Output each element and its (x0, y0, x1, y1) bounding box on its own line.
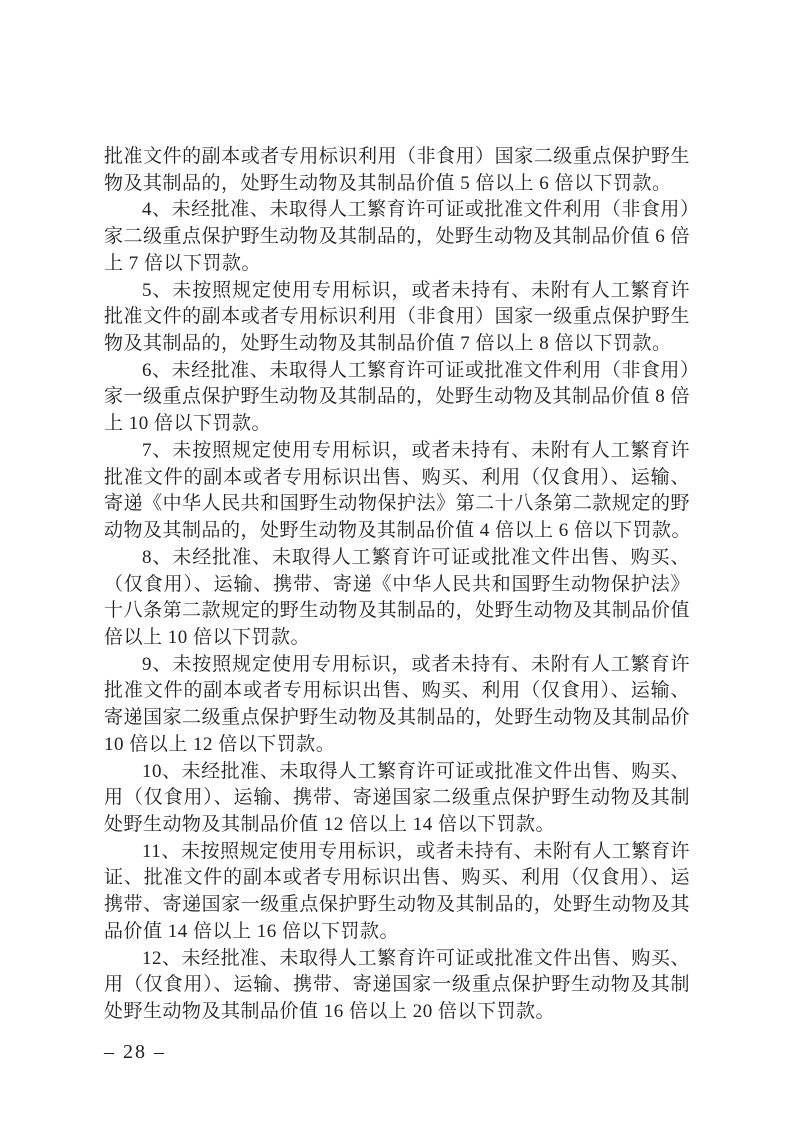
text-line: 倍以上 10 倍以下罚款。 (104, 625, 690, 652)
document-body: 批准文件的副本或者专用标识利用（非食用）国家二级重点保护野生动物及其制品的，处野… (104, 144, 690, 1026)
text-line: 7、未按照规定使用专用标识，或者未持有、未附有人工繁育许可证、 (104, 438, 690, 465)
paragraph: 5、未按照规定使用专用标识，或者未持有、未附有人工繁育许可证、批准文件的副本或者… (104, 278, 690, 358)
paragraph: 11、未按照规定使用专用标识，或者未持有、未附有人工繁育许可证、批准文件的副本或… (104, 839, 690, 946)
text-line: 上 7 倍以下罚款。 (104, 251, 690, 278)
paragraph: 9、未按照规定使用专用标识，或者未持有、未附有人工繁育许可证、批准文件的副本或者… (104, 652, 690, 759)
text-line: 12、未经批准、未取得人工繁育许可证或批准文件出售、购买、利 (104, 946, 690, 973)
text-line: 品价值 14 倍以上 16 倍以下罚款。 (104, 919, 690, 946)
text-line: 物及其制品的，处野生动物及其制品价值 5 倍以上 6 倍以下罚款。 (104, 171, 690, 198)
paragraph: 12、未经批准、未取得人工繁育许可证或批准文件出售、购买、利用（仅食用）、运输、… (104, 946, 690, 1026)
paragraph: 10、未经批准、未取得人工繁育许可证或批准文件出售、购买、利用（仅食用）、运输、… (104, 759, 690, 839)
text-line: 批准文件的副本或者专用标识出售、购买、利用（仅食用）、运输、携带、 (104, 678, 690, 705)
text-line: 证、批准文件的副本或者专用标识出售、购买、利用（仅食用）、运输、 (104, 865, 690, 892)
text-line: 处野生动物及其制品价值 12 倍以上 14 倍以下罚款。 (104, 812, 690, 839)
text-line: 上 10 倍以下罚款。 (104, 411, 690, 438)
text-line: 动物及其制品的，处野生动物及其制品价值 4 倍以上 6 倍以下罚款。 (104, 518, 690, 545)
text-line: 5、未按照规定使用专用标识，或者未持有、未附有人工繁育许可证、 (104, 278, 690, 305)
document-page: 批准文件的副本或者专用标识利用（非食用）国家二级重点保护野生动物及其制品的，处野… (0, 0, 793, 1122)
paragraph: 6、未经批准、未取得人工繁育许可证或批准文件利用（非食用）国家一级重点保护野生动… (104, 358, 690, 438)
text-line: 批准文件的副本或者专用标识出售、购买、利用（仅食用）、运输、携带、 (104, 465, 690, 492)
text-line: 用（仅食用）、运输、携带、寄递国家二级重点保护野生动物及其制品的， (104, 785, 690, 812)
text-line: 寄递国家二级重点保护野生动物及其制品的，处野生动物及其制品价值 (104, 705, 690, 732)
text-line: 寄递《中华人民共和国野生动物保护法》第二十八条第二款规定的野生 (104, 491, 690, 518)
text-line: 8、未经批准、未取得人工繁育许可证或批准文件出售、购买、利用 (104, 545, 690, 572)
text-line: 批准文件的副本或者专用标识利用（非食用）国家二级重点保护野生动 (104, 144, 690, 171)
text-line: 家二级重点保护野生动物及其制品的，处野生动物及其制品价值 6 倍以 (104, 224, 690, 251)
text-line: 10、未经批准、未取得人工繁育许可证或批准文件出售、购买、利 (104, 759, 690, 786)
text-line: 家一级重点保护野生动物及其制品的，处野生动物及其制品价值 8 倍以 (104, 384, 690, 411)
paragraph: 批准文件的副本或者专用标识利用（非食用）国家二级重点保护野生动物及其制品的，处野… (104, 144, 690, 197)
text-line: 11、未按照规定使用专用标识，或者未持有、未附有人工繁育许可 (104, 839, 690, 866)
text-line: 4、未经批准、未取得人工繁育许可证或批准文件利用（非食用）国 (104, 197, 690, 224)
text-line: 批准文件的副本或者专用标识利用（非食用）国家一级重点保护野生动 (104, 304, 690, 331)
text-line: 处野生动物及其制品价值 16 倍以上 20 倍以下罚款。 (104, 999, 690, 1026)
text-line: 9、未按照规定使用专用标识，或者未持有、未附有人工繁育许可证、 (104, 652, 690, 679)
text-line: 用（仅食用）、运输、携带、寄递国家一级重点保护野生动物及其制品的， (104, 972, 690, 999)
text-line: 携带、寄递国家一级重点保护野生动物及其制品的，处野生动物及其制 (104, 892, 690, 919)
paragraph: 7、未按照规定使用专用标识，或者未持有、未附有人工繁育许可证、批准文件的副本或者… (104, 438, 690, 545)
paragraph: 8、未经批准、未取得人工繁育许可证或批准文件出售、购买、利用（仅食用）、运输、携… (104, 545, 690, 652)
text-line: 物及其制品的，处野生动物及其制品价值 7 倍以上 8 倍以下罚款。 (104, 331, 690, 358)
page-number: – 28 – (104, 1040, 166, 1064)
text-line: 十八条第二款规定的野生动物及其制品的，处野生动物及其制品价值 6 (104, 598, 690, 625)
text-line: 10 倍以上 12 倍以下罚款。 (104, 732, 690, 759)
text-line: 6、未经批准、未取得人工繁育许可证或批准文件利用（非食用）国 (104, 358, 690, 385)
paragraph: 4、未经批准、未取得人工繁育许可证或批准文件利用（非食用）国家二级重点保护野生动… (104, 197, 690, 277)
text-line: （仅食用）、运输、携带、寄递《中华人民共和国野生动物保护法》第二 (104, 572, 690, 599)
